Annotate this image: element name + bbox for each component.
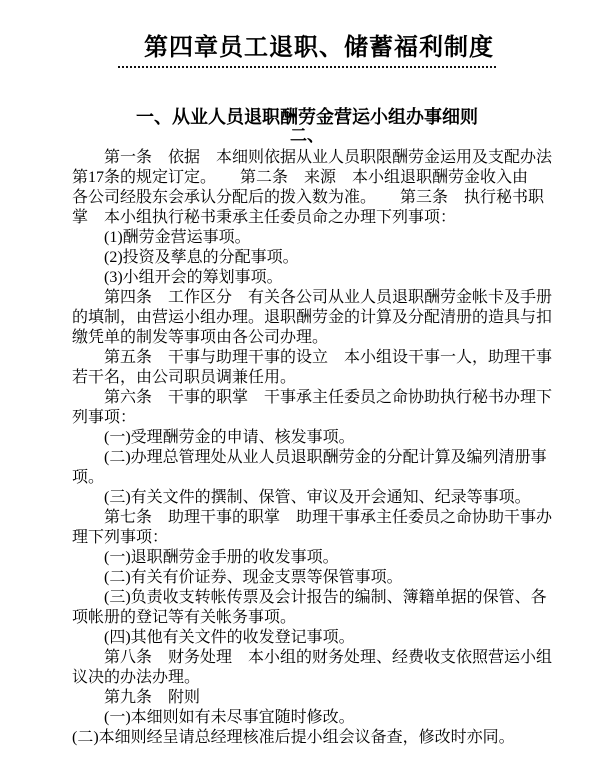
body-line: 第八条 财务处理 本小组的财务处理、经费收支依照营运小组 [72,648,574,668]
body-line: (2)投资及孳息的分配事项。 [72,248,574,268]
document-page: 第四章员工退职、储蓄福利制度 一、从业人员退职酬劳金营运小组办事细则 二、 第一… [0,0,614,783]
body-line: 列事项： [72,408,574,428]
body-line: 的填制，由营运小组办理。退职酬劳金的计算及分配清册的造具与扣 [72,308,574,328]
body-line: (二)有关有价证券、现金支票等保管事项。 [72,568,574,588]
body-line: (1)酬劳金营运事项。 [72,228,574,248]
body-line: (3)小组开会的筹划事项。 [72,268,574,288]
document-body: 第一条 依据 本细则依据从业人员职限酬劳金运用及支配办法第17条的规定订定。 第… [0,148,614,748]
body-line: (一)退职酬劳金手册的收发事项。 [72,548,574,568]
body-line: 若干名，由公司职员调兼任用。 [72,368,574,388]
body-line: 第四条 工作区分 有关各公司从业人员退职酬劳金帐卡及手册 [72,288,574,308]
body-line: (一)本细则如有未尽事宜随时修改。 [72,708,574,728]
body-line: 第一条 依据 本细则依据从业人员职限酬劳金运用及支配办法 [72,148,574,168]
body-line: (一)受理酬劳金的申请、核发事项。 [72,428,574,448]
body-line: 项帐册的登记等有关帐务事项。 [72,608,574,628]
body-line: 第六条 干事的职掌 干事承主任委员之命协助执行秘书办理下 [72,388,574,408]
body-line: 各公司经股东会承认分配后的拨入数为准。 第三条 执行秘书职 [72,188,574,208]
body-line: 理下列事项： [72,528,574,548]
body-line: 缴凭单的制发等事项由各公司办理。 [72,328,574,348]
body-line: (二)办理总管理处从业人员退职酬劳金的分配计算及编列清册事 [72,448,574,468]
body-line: 项。 [72,468,574,488]
body-line: 第五条 干事与助理干事的设立 本小组设干事一人，助理干事 [72,348,574,368]
body-line: (四)其他有关文件的收发登记事项。 [72,628,574,648]
body-line: (三)有关文件的撰制、保管、审议及开会通知、纪录等事项。 [72,488,574,508]
body-line: 议决的办法办理。 [72,668,574,688]
body-line: (二)本细则经呈请总经理核准后提小组会议备查，修改时亦同。 [72,728,574,748]
body-line: 第17条的规定订定。 第二条 来源 本小组退职酬劳金收入由 [72,168,574,188]
body-line: 掌 本小组执行秘书秉承主任委员命之办理下列事项： [72,208,574,228]
section-heading: 一、从业人员退职酬劳金营运小组办事细则 [0,107,614,127]
title-row: 第四章员工退职、储蓄福利制度 [0,0,614,68]
body-line: 第七条 助理干事的职掌 助理干事承主任委员之命协助干事办 [72,508,574,528]
body-line: 第九条 附则 [72,688,574,708]
body-line: (三)负责收支转帐传票及会计报告的编制、簿籍单据的保管、各 [72,588,574,608]
page-title: 第四章员工退职、储蓄福利制度 [118,33,496,68]
section-subheading: 二、 [0,127,614,145]
